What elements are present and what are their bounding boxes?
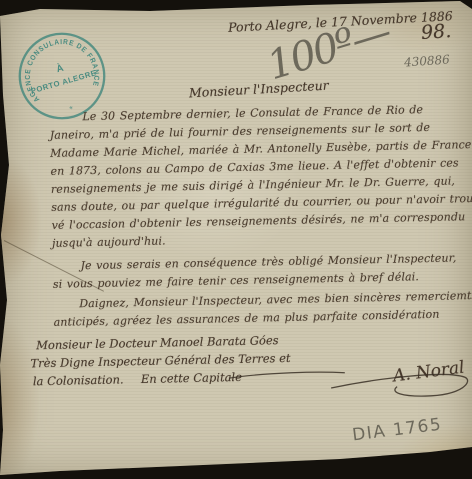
letter-body: Monsieur l'Inspecteur Le 30 Septembre de… — [0, 0, 472, 479]
body-line: Je vous serais en conséquence très oblig… — [80, 251, 472, 273]
body-line: jusqu'à aujourd'hui. — [52, 228, 466, 250]
addressee-line: Monsieur le Docteur Manoel Barata Góes — [36, 333, 279, 352]
paper-sheet: AGENCE CONSULAIRE DE FRANCE À PORTO ALEG… — [0, 0, 472, 479]
signature-flourish — [212, 353, 472, 410]
scanned-letter: AGENCE CONSULAIRE DE FRANCE À PORTO ALEG… — [0, 0, 472, 479]
body-line: Le 30 Septembre dernier, le Consulat de … — [82, 102, 472, 124]
stain-speck — [13, 3, 24, 12]
body-line: anticipés, agréez les assurances de ma p… — [54, 307, 468, 329]
body-line: si vous pouviez me faire tenir ces rense… — [53, 269, 467, 291]
addressee-line: la Colonisation. — [33, 372, 124, 388]
salutation: Monsieur l'Inspecteur — [189, 78, 329, 101]
body-line: Daignez, Monsieur l'Inspecteur, avec mes… — [79, 289, 472, 311]
stain-speck — [27, 1, 32, 5]
